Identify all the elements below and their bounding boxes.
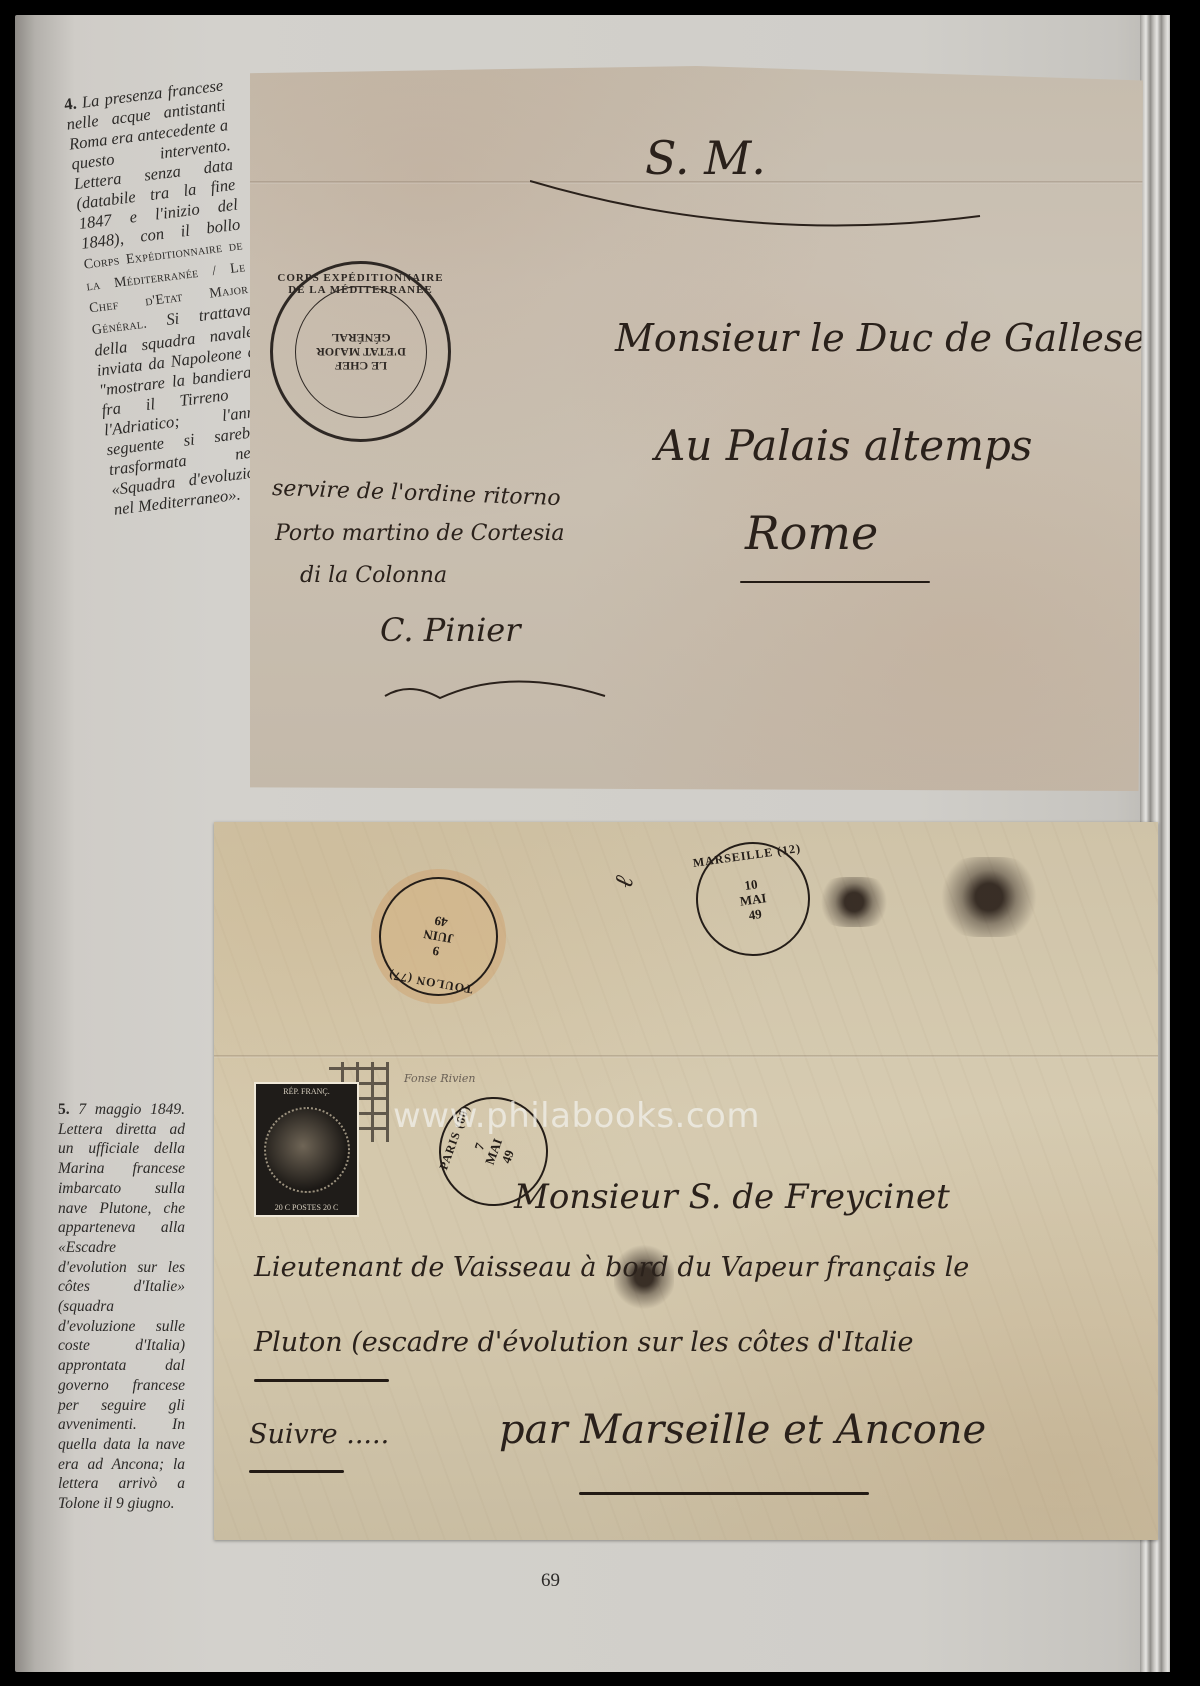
stamp-bottom-text: 20 C POSTES 20 C: [275, 1203, 339, 1212]
address-line-1: Monsieur S. de Freycinet: [514, 1177, 950, 1217]
pencil-note: Fonse Rivien: [404, 1072, 476, 1085]
address-line-3: Pluton (escadre d'évolution sur les côte…: [254, 1327, 914, 1358]
caption-figure-4: 4. La presenza francese nelle acque anti…: [63, 76, 274, 520]
underline: [579, 1492, 869, 1495]
watermark: www.philabooks.com: [393, 1096, 760, 1136]
postmark-date: 9 JUIN 49: [420, 912, 458, 962]
address-line-3: Rome: [745, 506, 878, 560]
book-page: 4. La presenza francese nelle acque anti…: [15, 15, 1170, 1672]
postmark-marseille: MARSEILLE (12) 10 MAI 49: [689, 835, 818, 964]
postmark-toulon: TOULON (77) 9 JUIN 49: [370, 868, 508, 1006]
flourish-line: [530, 161, 990, 241]
stamp-line: LE CHEF: [334, 359, 386, 373]
ceres-postage-stamp: RÉP. FRANÇ. 20 C POSTES 20 C: [254, 1082, 359, 1217]
signature-flourish: [380, 656, 610, 716]
address-line-2: Au Palais altemps: [655, 421, 1032, 470]
postmark-date: 10 MAI 49: [737, 875, 770, 923]
note-line-1: servire de l'ordine ritorno: [272, 476, 561, 511]
stamp-center: LE CHEF D'ETAT MAJOR GÉNÉRAL: [295, 286, 427, 418]
address-line-2: Lieutenant de Vaisseau à bord du Vapeur …: [254, 1252, 969, 1283]
underline: [254, 1379, 389, 1382]
postmark-year: 49: [741, 905, 770, 924]
letter-1-image: S. M. CORPS EXPÉDITIONNAIRE DE LA MÉDITE…: [250, 66, 1143, 791]
page-number: 69: [541, 1570, 560, 1592]
signature: C. Pinier: [380, 611, 521, 649]
underline: [740, 581, 930, 583]
postmark-date: 7 MAI 49: [468, 1131, 519, 1171]
caption-text: La presenza francese nelle acque antista…: [65, 75, 241, 252]
underline: [249, 1470, 344, 1473]
fold-line: [214, 1055, 1158, 1058]
address-line-5: par Marseille et Ancone: [499, 1407, 986, 1453]
letter-2-image: TOULON (77) 9 JUIN 49 ℓ MARSEILLE (12) 1…: [214, 822, 1158, 1540]
pencil-mark: ℓ: [609, 873, 641, 891]
stamp-line: GÉNÉRAL: [331, 331, 390, 345]
caption-number: 4.: [63, 93, 78, 113]
address-line-1: Monsieur le Duc de Gallese: [615, 316, 1143, 360]
caption-number: 5.: [58, 1101, 70, 1118]
corps-expeditionnaire-stamp: CORPS EXPÉDITIONNAIRE DE LA MÉDITERRANÉE…: [270, 261, 451, 442]
stamp-line: D'ETAT MAJOR: [316, 345, 406, 359]
postmark-ring-text: TOULON (77): [373, 964, 489, 999]
caption-figure-5: 5. 7 maggio 1849. Lettera diretta ad un …: [58, 1100, 185, 1514]
ink-cancel-mark: [814, 877, 894, 927]
ceres-head-icon: [264, 1107, 350, 1193]
stamp-top-text: RÉP. FRANÇ.: [283, 1087, 329, 1096]
ink-cancel-mark: [934, 857, 1044, 937]
postmark-ring-text: MARSEILLE (12): [691, 841, 802, 871]
address-line-4: Suivre .....: [249, 1419, 389, 1450]
note-line-3: di la Colonna: [300, 563, 447, 588]
caption-date: 7 maggio 1849.: [78, 1101, 185, 1118]
caption-text: Lettera diretta ad un ufficiale della Ma…: [58, 1121, 185, 1512]
note-line-2: Porto martino de Cortesia: [275, 521, 565, 546]
